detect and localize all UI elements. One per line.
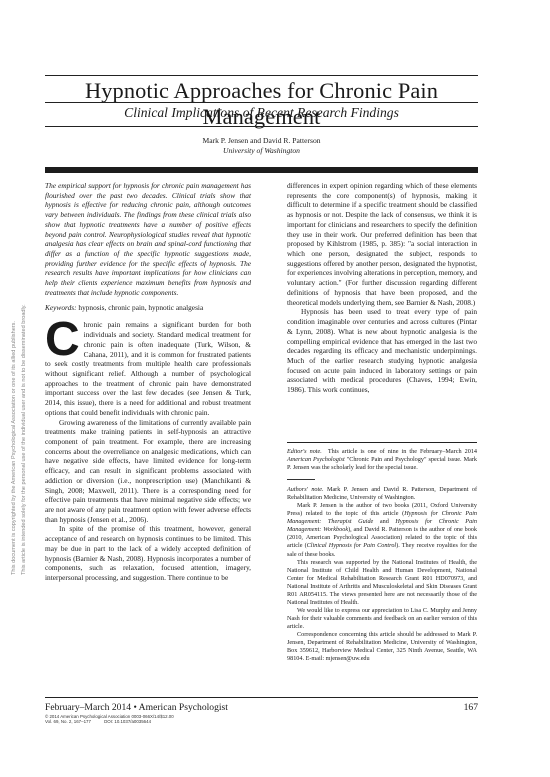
- subtitle-bottom-rule: [45, 126, 478, 127]
- editor-note-label: Editor's note.: [287, 448, 322, 455]
- copyright-side-notice: This document is copyrighted by the Amer…: [2, 175, 36, 575]
- acknowledgements: We would like to express our appreciatio…: [287, 607, 477, 631]
- authors: Mark P. Jensen and David R. Patterson: [45, 136, 478, 146]
- editor-note-text-1: This article is one of nine in the Febru…: [328, 448, 477, 455]
- volume-doi-line: Vol. 69, No. 2, 167–177 DOI: 10.1037/a00…: [45, 719, 174, 724]
- book-title-3: Clinical Hypnosis for Pain Control: [307, 542, 396, 549]
- editor-note-journal: American Psychologist: [287, 456, 345, 463]
- abstract: The empirical support for hypnosis for c…: [45, 181, 251, 298]
- copyright-block: © 2014 American Psychological Associatio…: [45, 714, 174, 725]
- keywords-value: hypnosis, chronic pain, hypnotic analges…: [78, 303, 203, 312]
- body-paragraph-5: Hypnosis has been used to treat every ty…: [287, 307, 477, 394]
- body-paragraph-2: Growing awareness of the limitations of …: [45, 418, 251, 525]
- correspondence: Correspondence concerning this article s…: [287, 631, 477, 663]
- keywords-label: Keywords:: [45, 303, 77, 312]
- books-disclosure: Mark P. Jensen is the author of two book…: [287, 502, 477, 558]
- body-paragraph-3: In spite of the promise of this treatmen…: [45, 524, 251, 582]
- funding-note: This research was supported by the Natio…: [287, 559, 477, 607]
- body-paragraph-4: differences in expert opinion regarding …: [287, 181, 477, 307]
- side-notice-line-1: This document is copyrighted by the Amer…: [11, 321, 17, 575]
- keywords: Keywords: hypnosis, chronic pain, hypnot…: [45, 303, 251, 313]
- doi: DOI: 10.1037/a0035644: [104, 719, 151, 724]
- authors-note: Authors' note. Mark P. Jensen and David …: [287, 486, 477, 502]
- footer: February–March 2014 • American Psycholog…: [45, 702, 478, 714]
- side-notice-line-2: This article is intended solely for the …: [21, 304, 27, 575]
- authors-note-label: Authors' note.: [287, 486, 324, 493]
- volume-info: Vol. 69, No. 2, 167–177: [45, 719, 91, 724]
- right-column: differences in expert opinion regarding …: [287, 181, 477, 395]
- title-top-rule: [45, 75, 478, 76]
- affiliation: University of Washington: [45, 146, 478, 156]
- article-subtitle: Clinical Implications of Recent Research…: [45, 104, 478, 122]
- editor-note: Editor's note. This article is one of ni…: [287, 448, 477, 472]
- drop-cap: C: [45, 322, 80, 358]
- journal-line: February–March 2014 • American Psycholog…: [45, 702, 228, 713]
- notes-short-rule: [287, 479, 315, 480]
- left-column: The empirical support for hypnosis for c…: [45, 181, 251, 583]
- footnote-rule: [287, 442, 477, 443]
- title-bottom-rule: [45, 102, 478, 103]
- books-and: and: [373, 518, 395, 525]
- page-number: 167: [464, 702, 478, 714]
- body-paragraph-1: Chronic pain remains a significant burde…: [45, 320, 251, 417]
- footnotes: Editor's note. This article is one of ni…: [287, 448, 477, 663]
- footer-rule: [45, 697, 478, 698]
- header-thick-bar: [45, 167, 478, 173]
